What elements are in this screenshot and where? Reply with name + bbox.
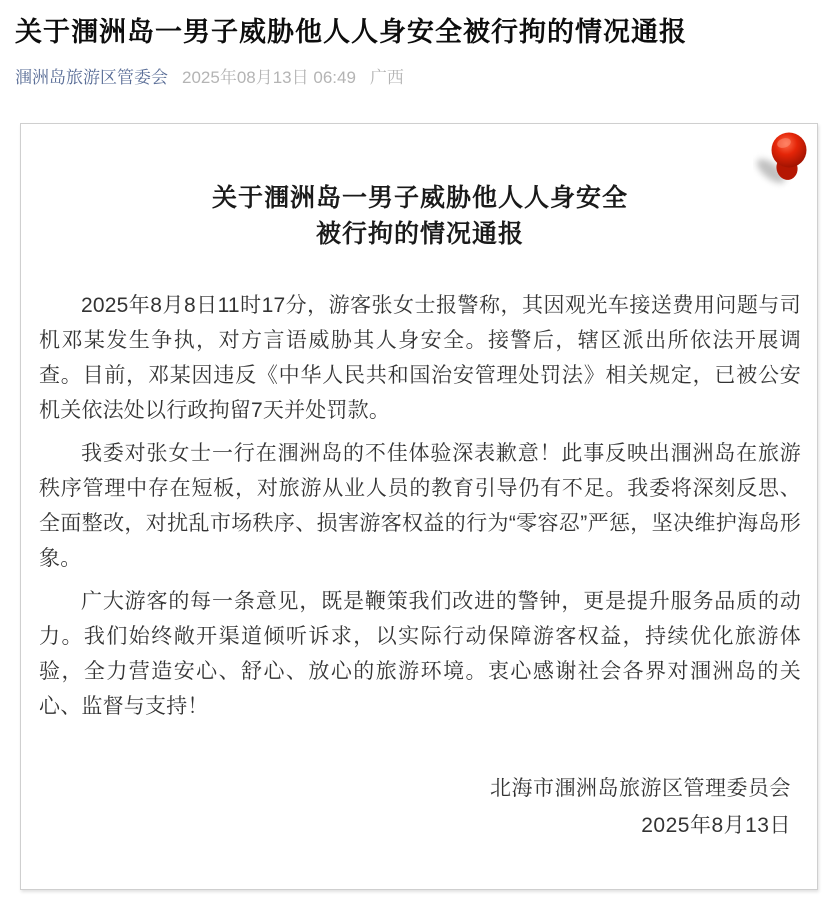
article-title: 关于涠洲岛一男子威胁他人人身安全被行拘的情况通报 xyxy=(15,14,816,50)
article-page: 关于涠洲岛一男子威胁他人人身安全被行拘的情况通报 涠洲岛旅游区管委会 2025年… xyxy=(0,14,831,890)
account-name-link[interactable]: 涠洲岛旅游区管委会 xyxy=(15,63,168,88)
notice-title-line1: 关于涠洲岛一男子威胁他人人身安全 xyxy=(39,180,801,216)
publish-location: 广西 xyxy=(370,63,404,88)
notice-body: 2025年8月8日11时17分，游客张女士报警称，其因观光车接送费用问题与司机邓… xyxy=(39,288,801,724)
notice-paragraph-3: 广大游客的每一条意见，既是鞭策我们改进的警钟，更是提升服务品质的动力。我们始终敞… xyxy=(39,584,801,724)
publish-datetime: 2025年08月13日 06:49 xyxy=(182,63,356,88)
notice-paragraph-1: 2025年8月8日11时17分，游客张女士报警称，其因观光车接送费用问题与司机邓… xyxy=(39,288,801,428)
notice-document: 关于涠洲岛一男子威胁他人人身安全 被行拘的情况通报 2025年8月8日11时17… xyxy=(20,123,818,890)
notice-paragraph-2: 我委对张女士一行在涠洲岛的不佳体验深表歉意！此事反映出涠洲岛在旅游秩序管理中存在… xyxy=(39,436,801,576)
signature-date: 2025年8月13日 xyxy=(39,807,791,844)
notice-title: 关于涠洲岛一男子威胁他人人身安全 被行拘的情况通报 xyxy=(39,180,801,252)
notice-title-line2: 被行拘的情况通报 xyxy=(39,216,801,252)
signature-org: 北海市涠洲岛旅游区管理委员会 xyxy=(39,770,791,807)
signature-block: 北海市涠洲岛旅游区管理委员会 2025年8月13日 xyxy=(39,770,801,844)
byline: 涠洲岛旅游区管委会 2025年08月13日 06:49 广西 xyxy=(15,63,816,88)
